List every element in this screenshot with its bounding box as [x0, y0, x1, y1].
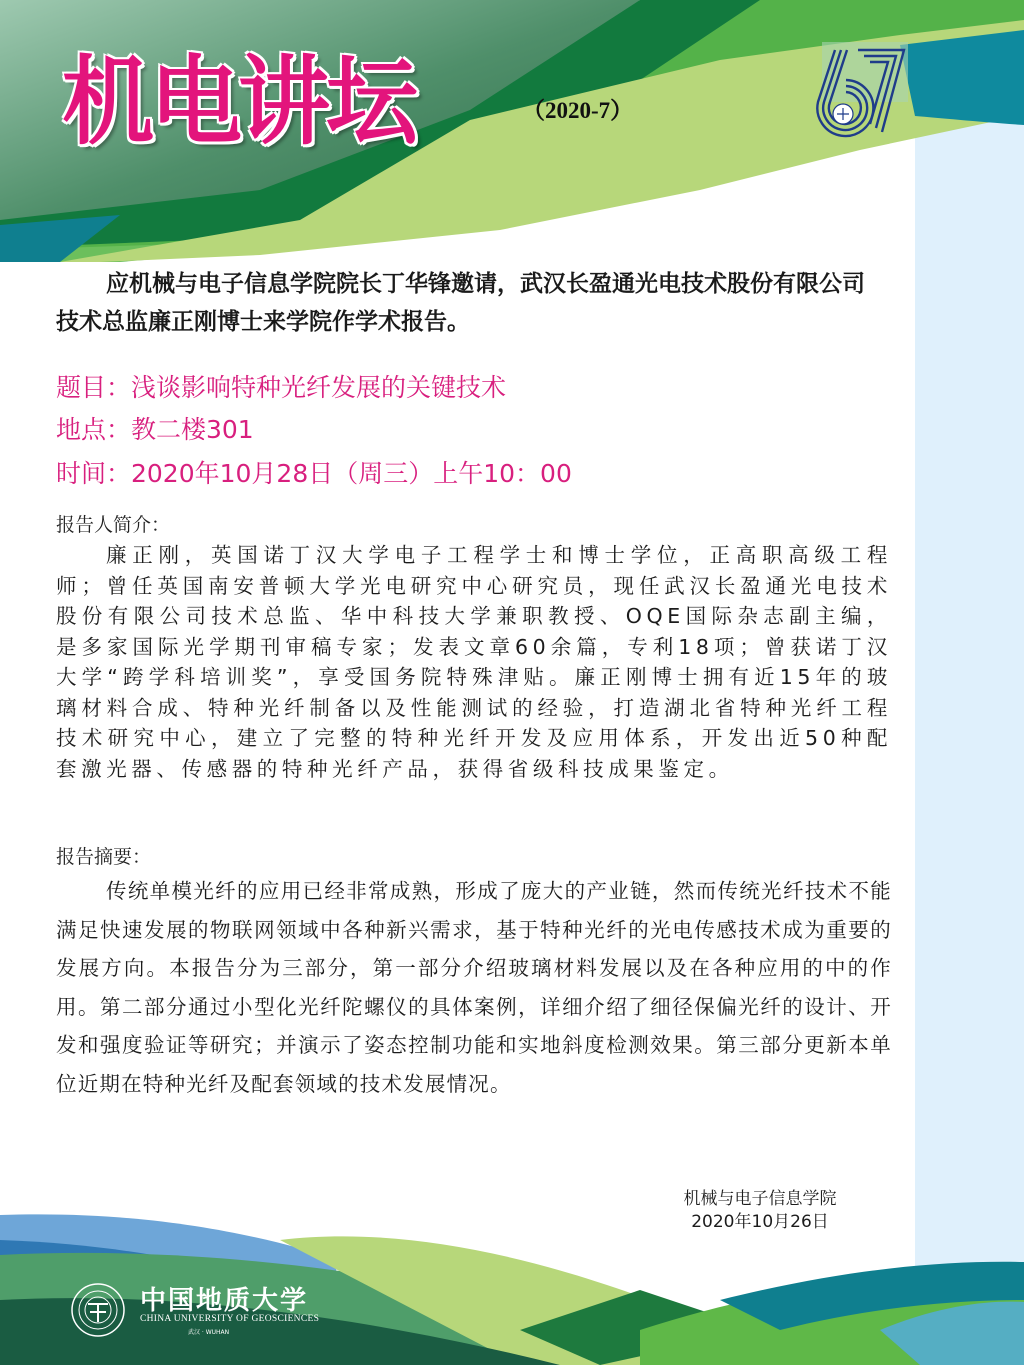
- anniversary-67-logo-icon: [800, 42, 910, 152]
- invitation-intro: 应机械与电子信息学院院长丁华锋邀请，武汉长盈通光电技术股份有限公司技术总监廉正刚…: [56, 265, 886, 341]
- talk-location: 地点：教二楼301: [56, 410, 254, 446]
- university-logo: 中国地质大学 CHINA UNIVERSITY OF GEOSCIENCES 武…: [70, 1280, 330, 1340]
- speaker-heading: 报告人简介：: [56, 510, 170, 537]
- issue-number: （2020-7）: [522, 92, 633, 125]
- signature-organization: 机械与电子信息学院: [640, 1188, 880, 1211]
- signature-block: 机械与电子信息学院 2020年10月26日: [640, 1188, 880, 1234]
- poster-title: 机电讲坛: [62, 25, 414, 164]
- abstract-heading: 报告摘要：: [56, 842, 151, 869]
- talk-topic: 题目：浅谈影响特种光纤发展的关键技术: [56, 368, 506, 404]
- talk-time: 时间：2020年10月28日（周三）上午10：00: [56, 454, 572, 490]
- university-name-en: CHINA UNIVERSITY OF GEOSCIENCES: [140, 1314, 319, 1324]
- university-emblem-icon: [70, 1282, 126, 1338]
- abstract-text: 传统单模光纤的应用已经非常成熟，形成了庞大的产业链，然而传统光纤技术不能满足快速…: [56, 872, 892, 1103]
- university-name-cn: 中国地质大学: [140, 1280, 308, 1317]
- university-city: 武汉 · WUHAN: [188, 1327, 229, 1336]
- speaker-bio: 廉正刚，英国诺丁汉大学电子工程学士和博士学位，正高职高级工程师；曾任英国南安普顿…: [56, 540, 892, 784]
- signature-date: 2020年10月26日: [640, 1211, 880, 1234]
